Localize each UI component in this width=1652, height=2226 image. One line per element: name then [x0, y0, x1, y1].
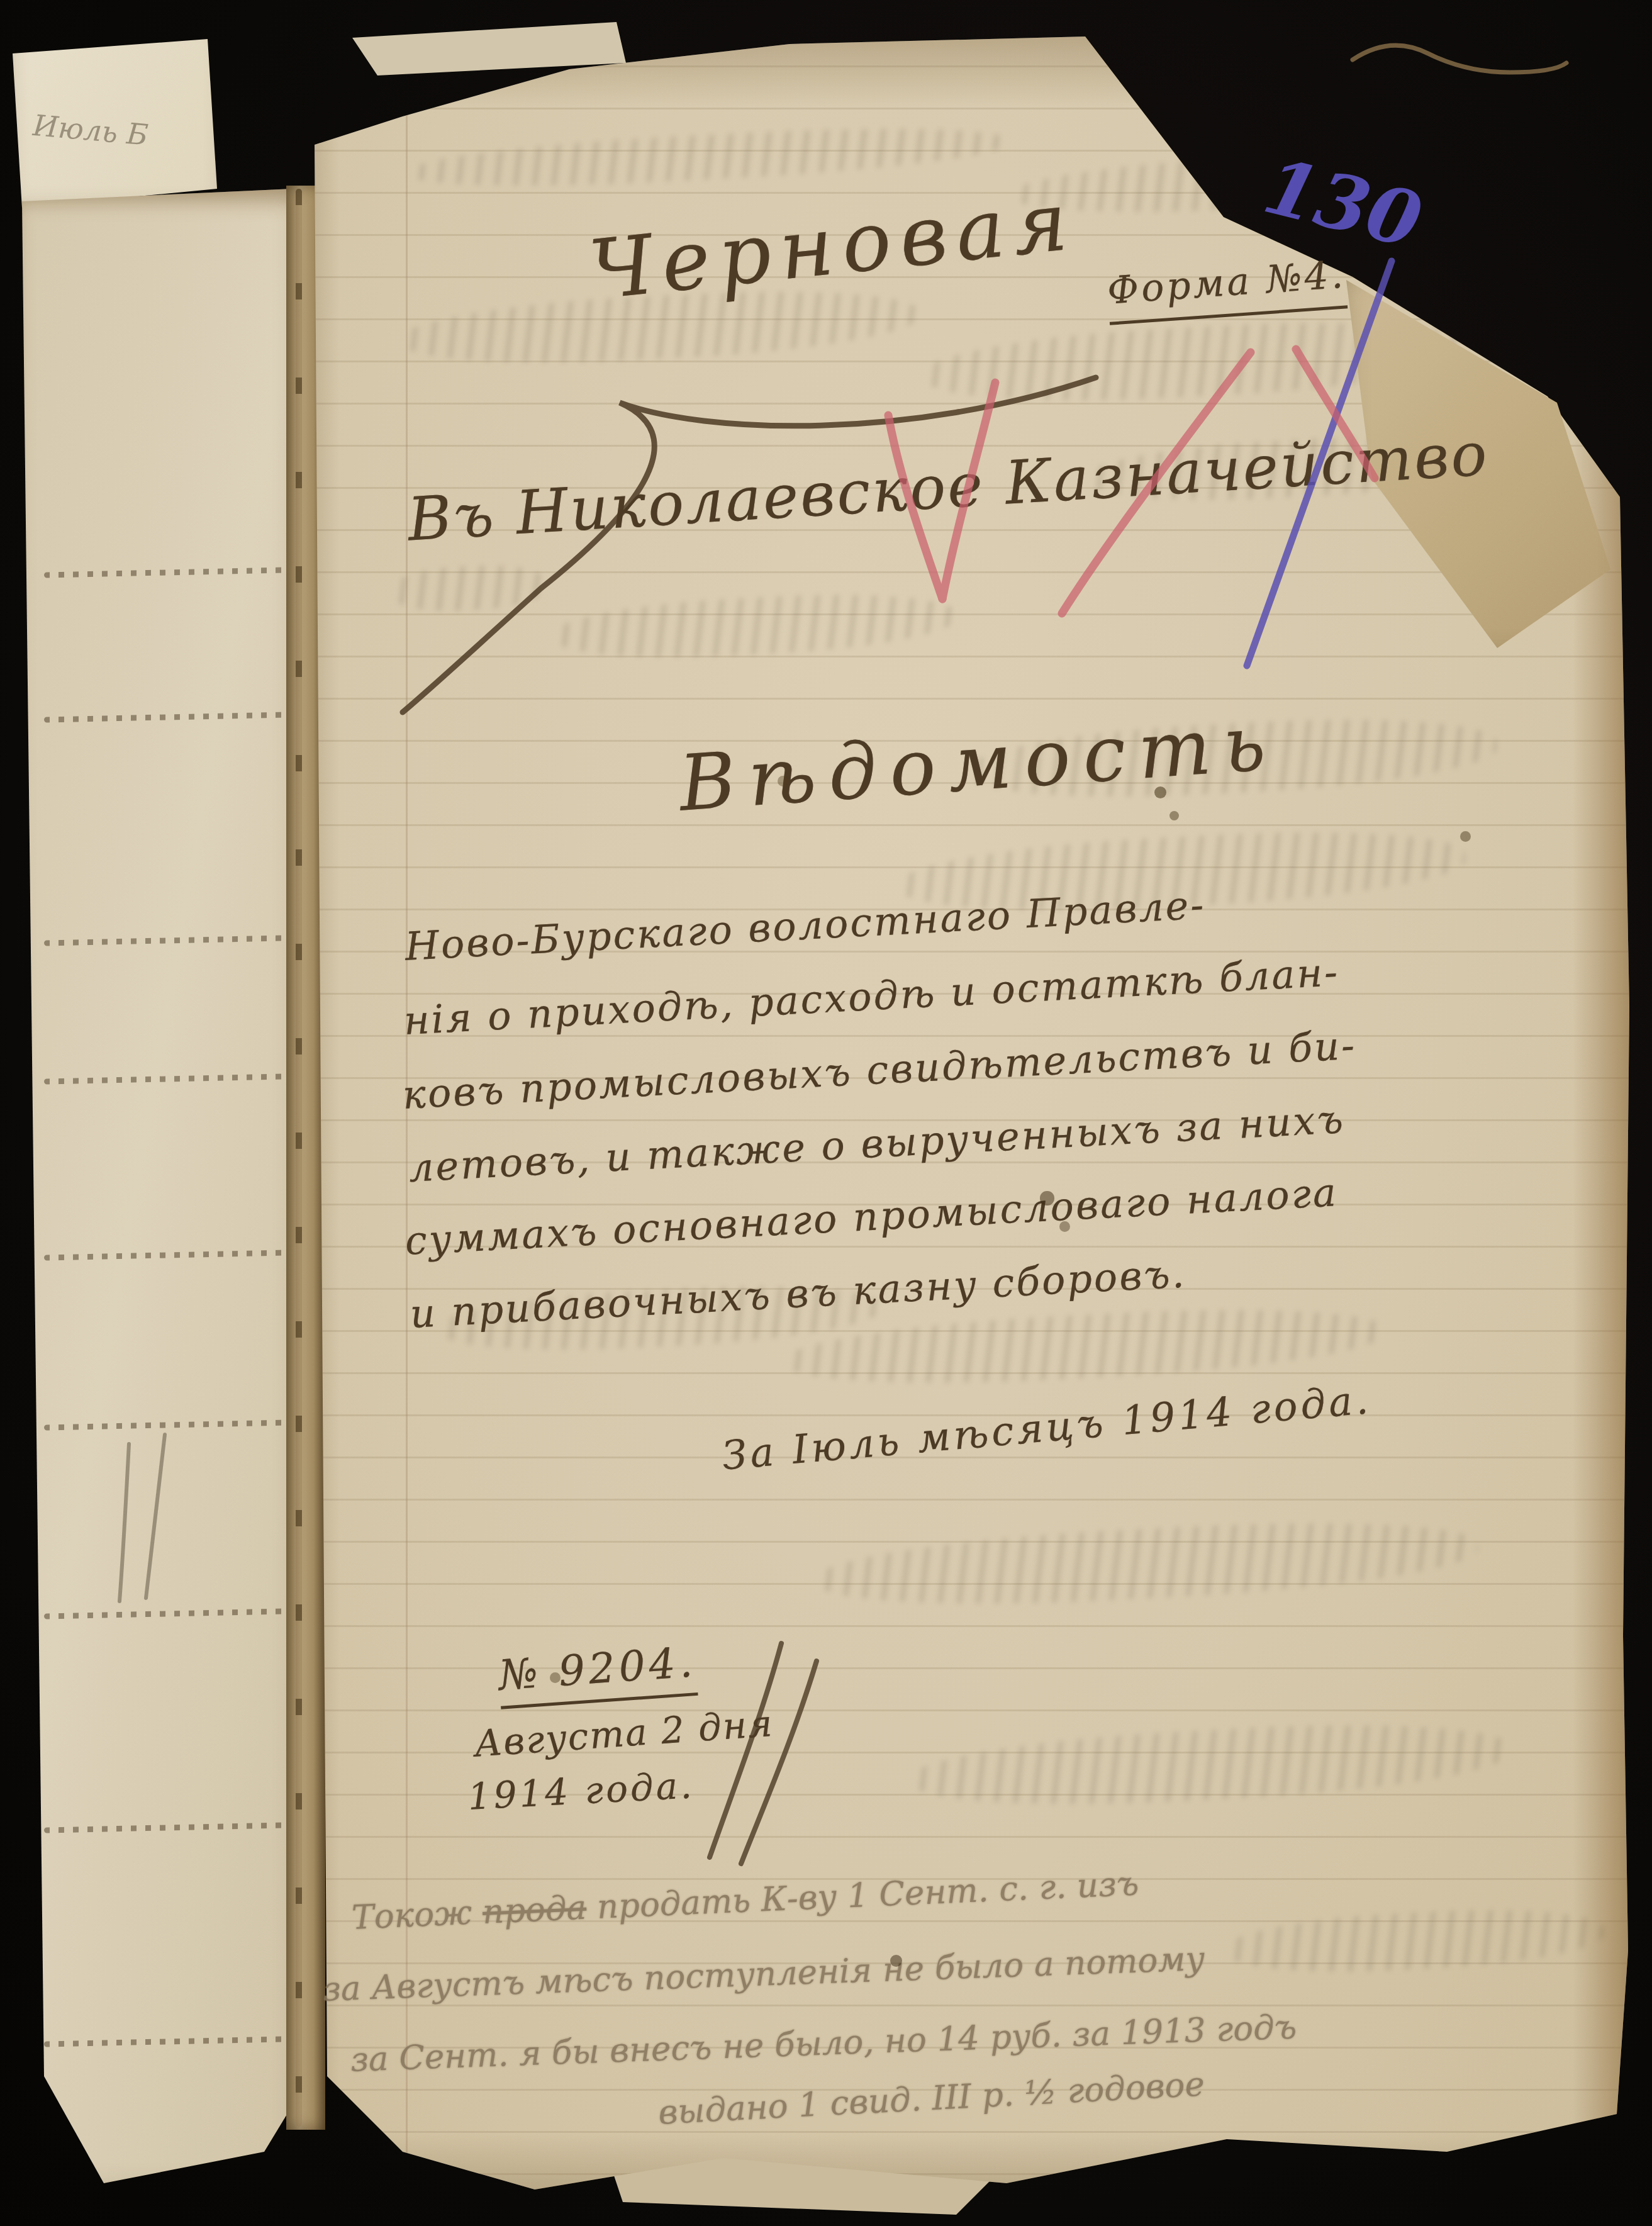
loose-thread [1353, 45, 1566, 72]
ink-stains [0, 0, 6, 6]
perforation-row [44, 1608, 315, 1619]
pencil-note-text: Токож [351, 1893, 483, 1937]
binding-stitch-thread [296, 189, 302, 2127]
pencil-note-strikethrough: прода [482, 1889, 588, 1932]
archival-photo-backdrop: Июль Б Черновая Форма №4. 130 Въ Николае… [0, 0, 1652, 2226]
perforation-row [44, 2035, 315, 2047]
right-edge-stain [1573, 25, 1632, 2202]
torn-pages-stub [16, 186, 321, 2193]
perforation-row [44, 1419, 315, 1430]
perforation-row [44, 1073, 315, 1084]
perforation-row [44, 711, 315, 722]
perforation-row [44, 566, 315, 578]
perforation-row [44, 1249, 315, 1260]
perforation-row [44, 934, 315, 946]
perforation-row [44, 1821, 315, 1833]
